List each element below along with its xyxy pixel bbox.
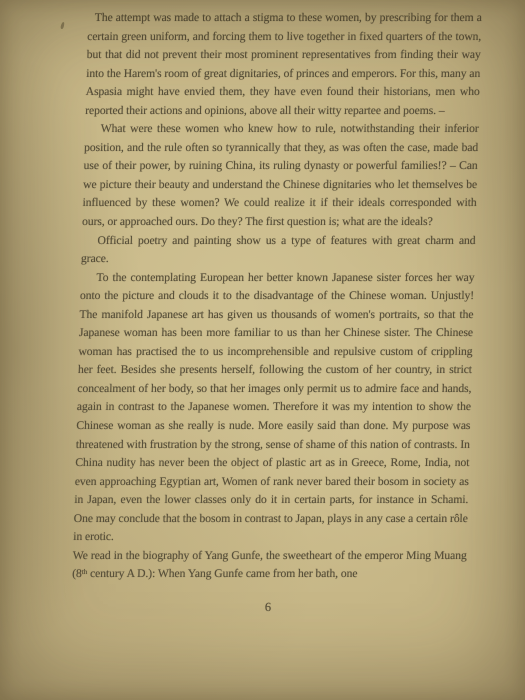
book-page-scan: The attempt was made to attach a stigma …: [0, 0, 525, 700]
paragraph-3: Official poetry and painting show us a t…: [81, 232, 476, 269]
page-number: 6: [71, 598, 466, 617]
paragraph-4: To the contemplating European her better…: [73, 269, 475, 547]
paragraph-5: We read in the biography of Yang Gunfe, …: [72, 547, 467, 584]
page-text-block: The attempt was made to attach a stigma …: [71, 9, 482, 617]
ink-speck: [60, 22, 64, 29]
paragraph-5-text-continued: century A D.): When Yang Gunfe came from…: [87, 567, 358, 580]
paragraph-1: The attempt was made to attach a stigma …: [85, 9, 482, 120]
paragraph-2: What were these women who knew how to ru…: [82, 120, 479, 231]
